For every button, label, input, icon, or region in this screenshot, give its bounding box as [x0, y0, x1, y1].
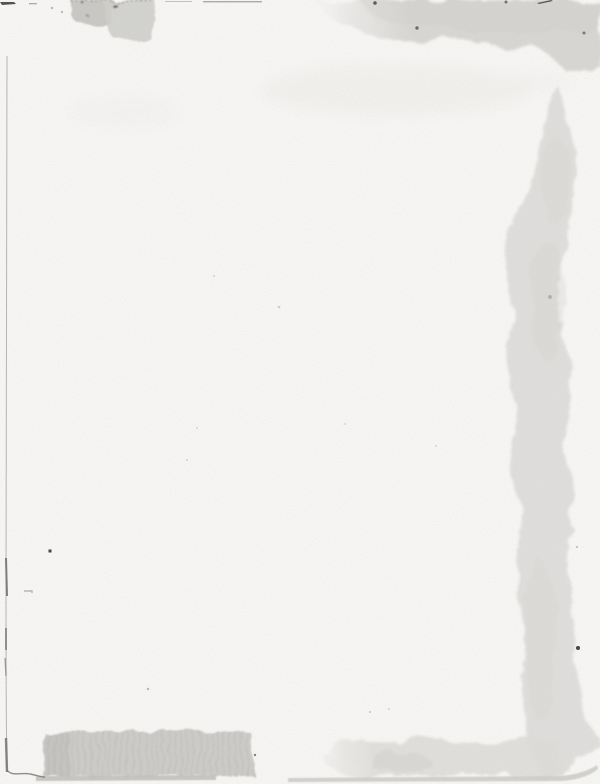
- scanned-document-page: [0, 0, 600, 784]
- scan-grain-overlay: [0, 0, 600, 784]
- scan-artifact-layer: [0, 0, 600, 784]
